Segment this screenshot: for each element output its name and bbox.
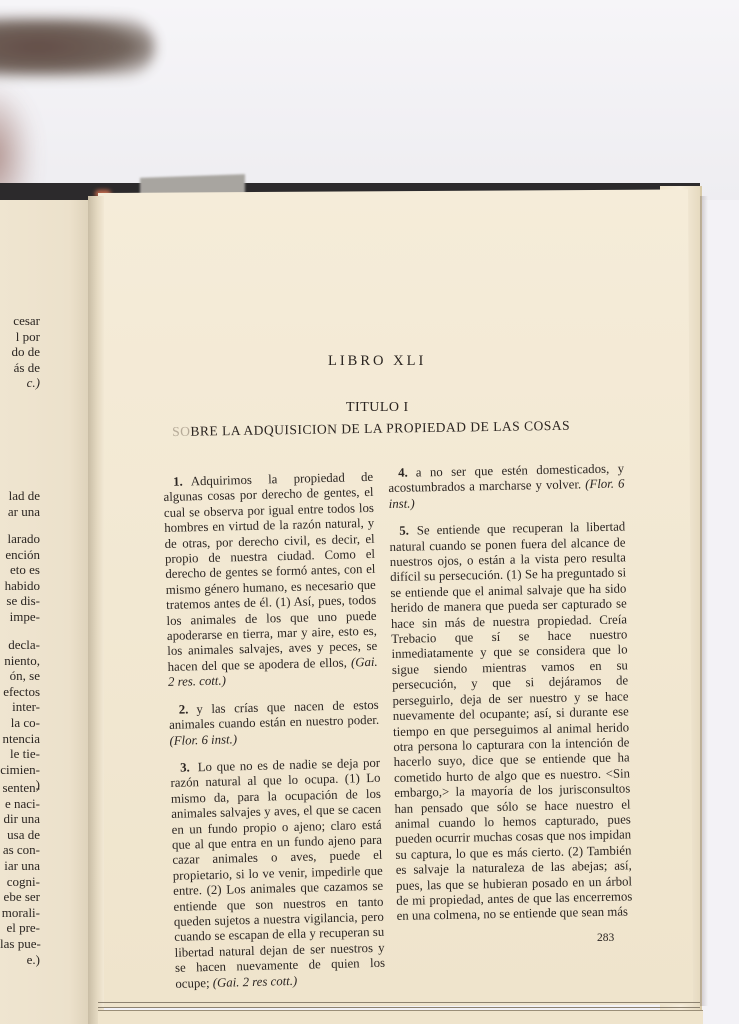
- book-heading: LIBRO XLI: [328, 353, 426, 370]
- book-gutter: [88, 196, 104, 1024]
- paragraph-1: 1.Adquirimos la propiedad de algunas cos…: [163, 470, 378, 691]
- citation: (Flor. 6 inst.): [169, 732, 237, 748]
- page-bottom-edge: [98, 1010, 703, 1024]
- left-page-fragment: decla- niento, ón, se efectos inter- la …: [0, 637, 40, 793]
- paragraph-5: 5.Se entiende que recuperan la libertad …: [389, 520, 633, 925]
- paragraph-4: 4.a no ser que estén domesticados, y aco…: [388, 461, 625, 512]
- text-column-left: 1.Adquirimos la propiedad de algunas cos…: [163, 470, 386, 1004]
- title-heading: TITULO I: [346, 400, 409, 416]
- left-page-fragment: senten- e naci- dir una usa de as con- i…: [0, 780, 40, 967]
- paragraph-3: 3.Lo que no es de nadie se deja por razó…: [170, 756, 386, 992]
- left-page-fragment: larado ención eto es habido se dis- impe…: [0, 531, 40, 625]
- page-number: 283: [597, 932, 614, 944]
- text-column-right: 4.a no ser que estén domesticados, y aco…: [388, 461, 633, 936]
- left-page-fragment: cesar l por do de ás de c.): [0, 313, 40, 391]
- paragraph-2: 2.y las crías que nacen de estos animale…: [169, 697, 380, 748]
- blurred-thumb: [0, 18, 155, 76]
- citation: (Gai. 2 res cott.): [213, 973, 298, 989]
- left-page-fragment: lad de ar una: [0, 488, 40, 519]
